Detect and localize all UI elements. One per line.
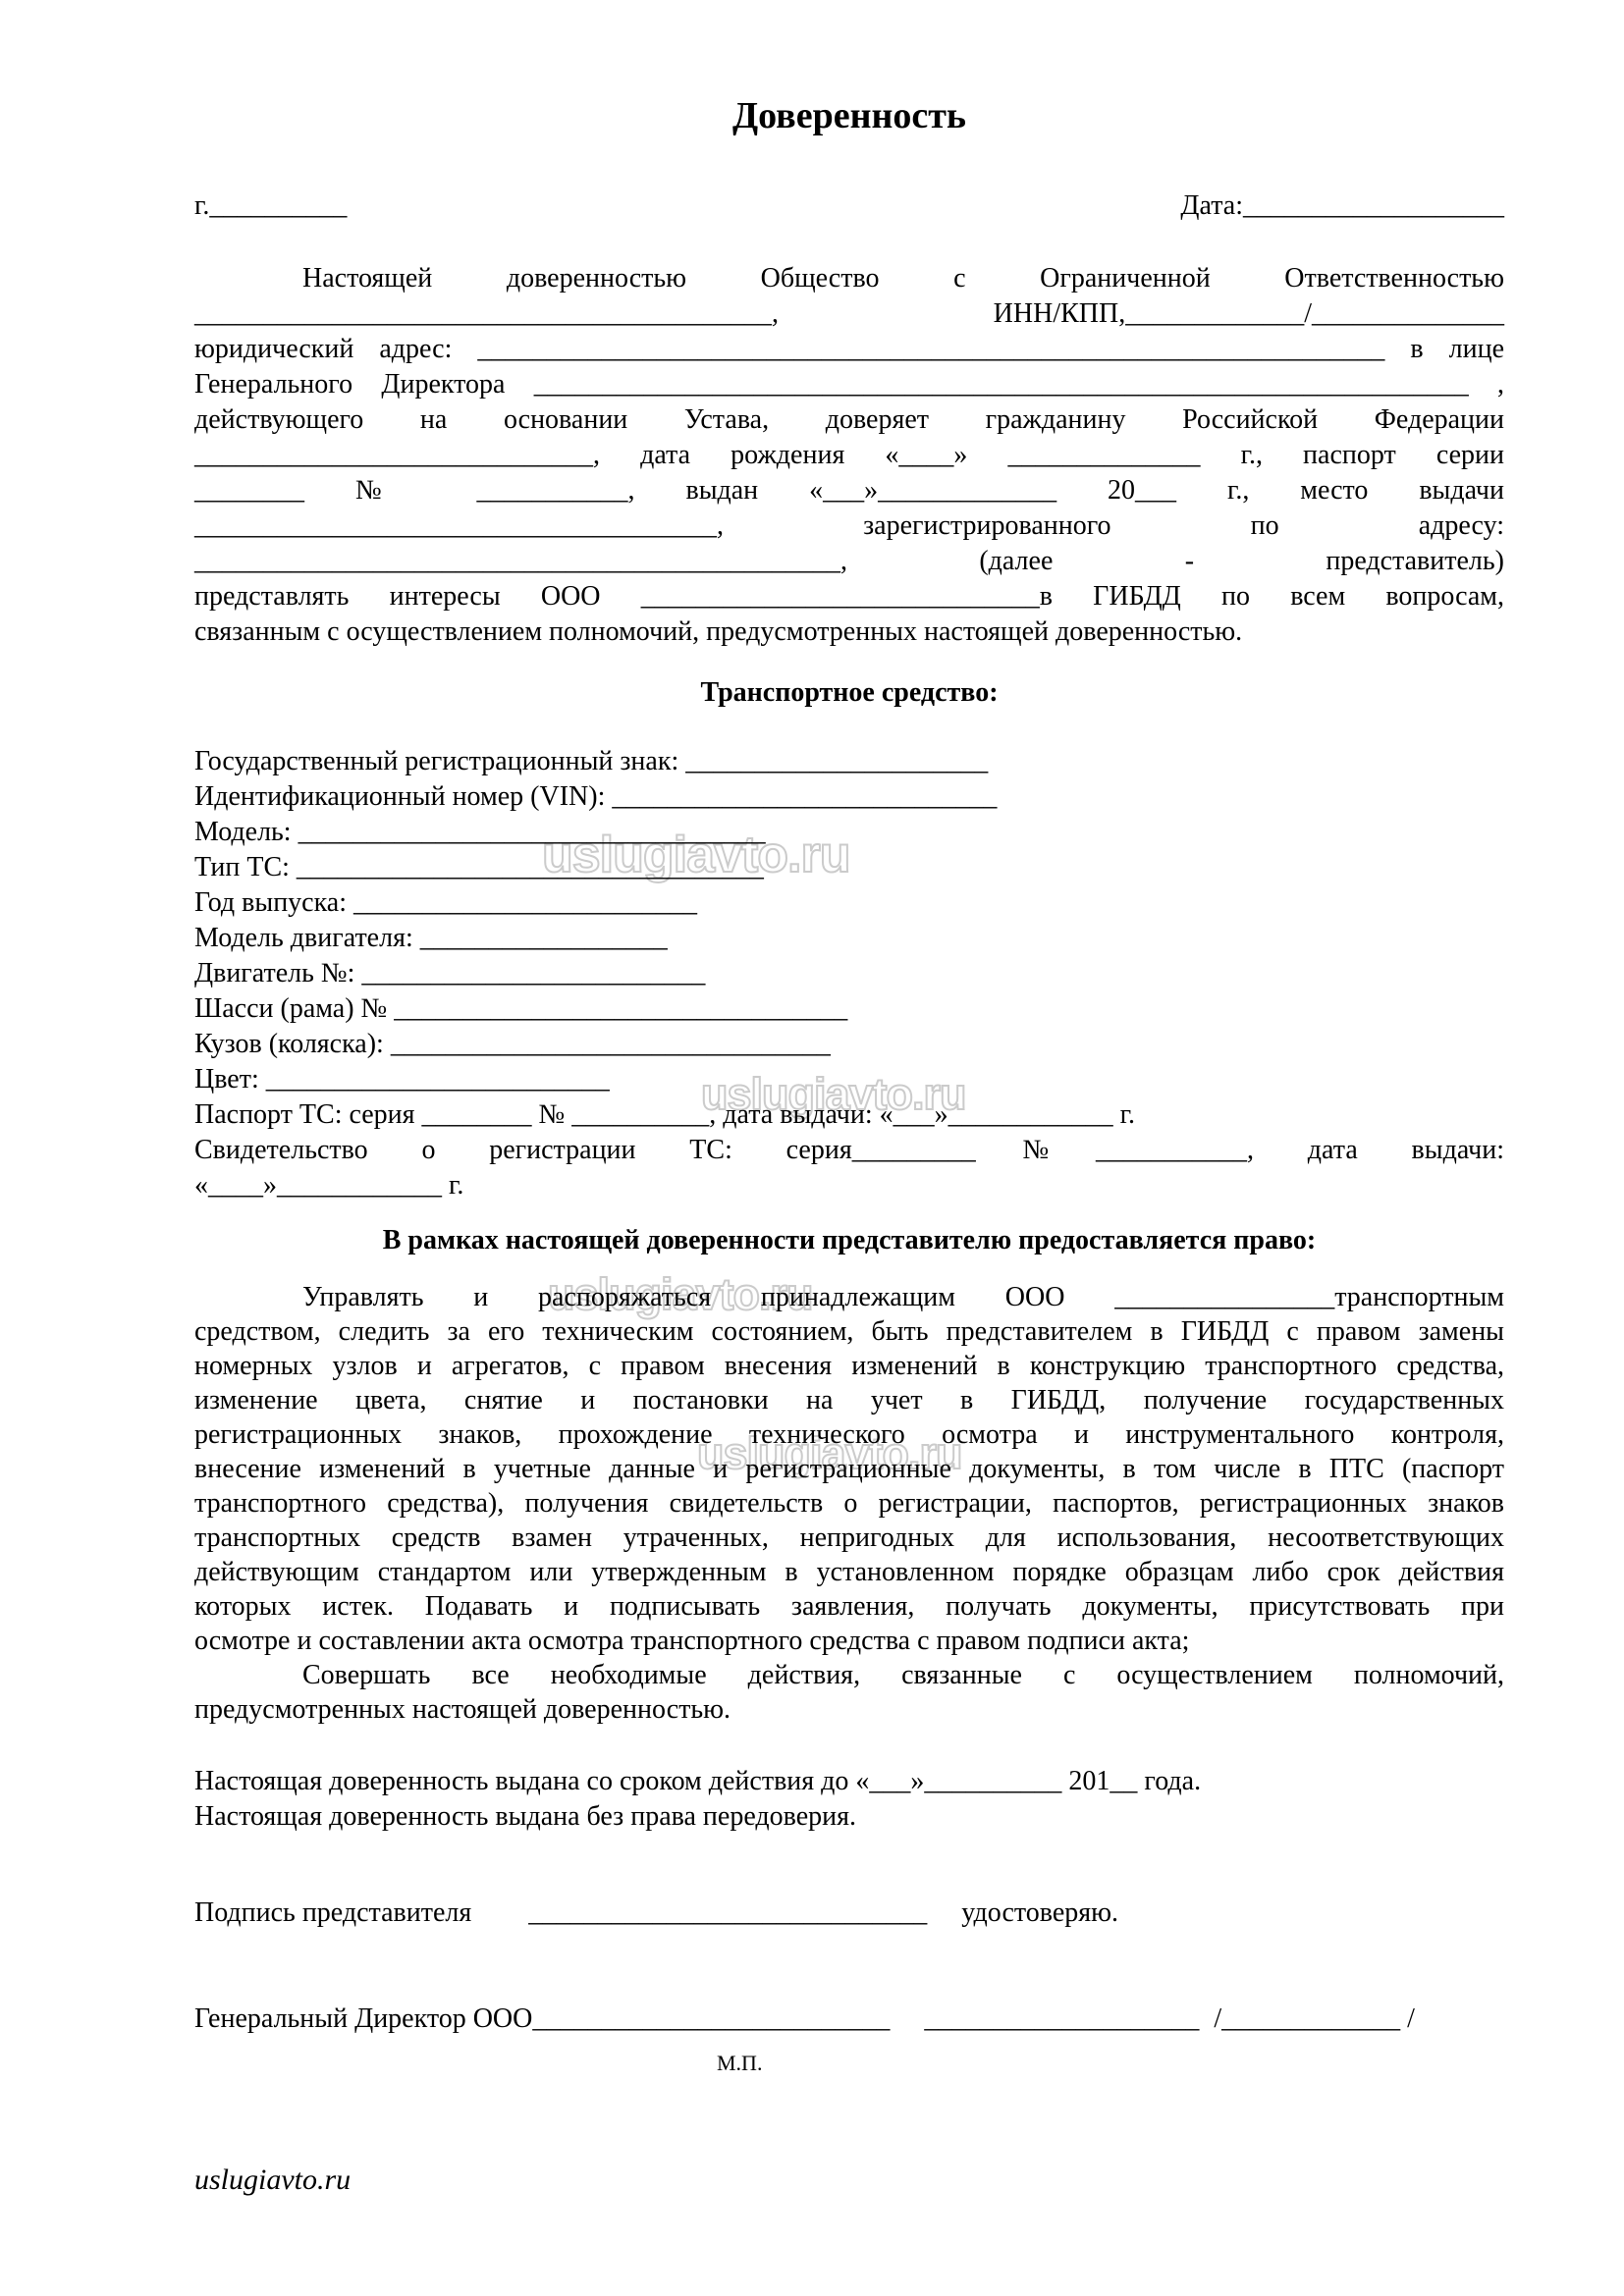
rights-line: Управлять и распоряжаться принадлежащим … [194, 1280, 1504, 1314]
vehicle-field-line: Двигатель №: _________________________ [194, 956, 1504, 991]
rights-section-heading: В рамках настоящей доверенности представ… [194, 1223, 1504, 1258]
intro-line: Генерального Директора _________________… [194, 367, 1504, 402]
director-label: Генеральный Директор ООО [194, 2003, 532, 2034]
rights-line: средством, следить за его техническим со… [194, 1314, 1504, 1349]
vehicle-field-line: Кузов (коляска): _______________________… [194, 1027, 1504, 1062]
date-label: Дата: [1180, 190, 1243, 221]
vehicle-field-line: Шасси (рама) № _________________________… [194, 991, 1504, 1027]
rights-line: транспортных средств взамен утраченных, … [194, 1521, 1504, 1555]
validity-block: Настоящая доверенность выдана со сроком … [194, 1764, 1504, 1835]
document-content: Доверенность г.__________ Дата:_________… [0, 94, 1624, 2198]
rights-line: которых истек. Подавать и подписывать за… [194, 1589, 1504, 1624]
intro-line: Настоящей доверенностью Общество с Огран… [194, 261, 1504, 296]
signature-certify-label: удостоверяю. [961, 1897, 1118, 1928]
city-field: г.__________ [194, 188, 347, 224]
director-signature-blank-line: ____________________ [924, 2003, 1199, 2034]
footer-site-name: uslugiavto.ru [194, 2163, 1504, 2198]
closing-paragraph: Совершать все необходимые действия, связ… [194, 1658, 1504, 1727]
stamp-place-label: М.П. [194, 2051, 1504, 2076]
intro-line: представлять интересы ООО ______________… [194, 579, 1504, 614]
validity-no-delegation-line: Настоящая доверенность выдана без права … [194, 1799, 1504, 1835]
vehicle-sts-line-2: «____»____________ г. [194, 1168, 1504, 1203]
closing-line: Совершать все необходимые действия, связ… [194, 1658, 1504, 1692]
vehicle-section-heading: Транспортное средство: [194, 675, 1504, 711]
rights-line: транспортного средства), получения свиде… [194, 1486, 1504, 1521]
vehicle-field-line: Год выпуска: _________________________ [194, 885, 1504, 921]
rights-line: действующим стандартом или утвержденным … [194, 1555, 1504, 1589]
rights-line: регистрационных знаков, прохождение техн… [194, 1417, 1504, 1452]
intro-paragraph: Настоящей доверенностью Общество с Огран… [194, 261, 1504, 650]
rights-line: изменение цвета, снятие и постановки на … [194, 1383, 1504, 1417]
rights-paragraph: Управлять и распоряжаться принадлежащим … [194, 1280, 1504, 1658]
director-name-blank-line: /_____________ / [1214, 2003, 1415, 2034]
intro-line: ______________________________________, … [194, 508, 1504, 544]
intro-line: _____________________________, дата рожд… [194, 438, 1504, 473]
date-blank-line: ___________________ [1243, 190, 1504, 221]
director-signature-row: Генеральный Директор ООО________________… [194, 2002, 1504, 2037]
vehicle-sts-line: Свидетельство о регистрации ТС: серия___… [194, 1133, 1504, 1168]
date-field: Дата:___________________ [1180, 188, 1504, 224]
vehicle-fields-list: Государственный регистрационный знак: __… [194, 744, 1504, 1133]
closing-line: предусмотренных настоящей доверенностью. [194, 1692, 1504, 1727]
vehicle-field-line: Модель: ________________________________… [194, 815, 1504, 850]
vehicle-field-line: Модель двигателя: __________________ [194, 921, 1504, 956]
intro-line: ________ № ___________, выдан «___»_____… [194, 473, 1504, 508]
intro-line: действующего на основании Устава, доверя… [194, 402, 1504, 438]
city-blank-line: __________ [209, 190, 347, 221]
rights-line: внесение изменений в учетные данные и ре… [194, 1452, 1504, 1486]
intro-line: ________________________________________… [194, 544, 1504, 579]
representative-signature-row: Подпись представителя___________________… [194, 1896, 1504, 1931]
city-date-row: г.__________ Дата:___________________ [194, 188, 1504, 224]
vehicle-field-line: Паспорт ТС: серия ________ № __________,… [194, 1097, 1504, 1133]
vehicle-field-line: Государственный регистрационный знак: __… [194, 744, 1504, 779]
intro-line: ________________________________________… [194, 296, 1504, 332]
vehicle-field-line: Тип ТС: ________________________________… [194, 850, 1504, 885]
vehicle-field-line: Идентификационный номер (VIN): _________… [194, 779, 1504, 815]
signature-blank-line: _____________________________ [528, 1897, 927, 1928]
intro-line: связанным с осуществлением полномочий, п… [194, 614, 1504, 650]
intro-line: юридический адрес: _____________________… [194, 332, 1504, 367]
city-label: г. [194, 190, 209, 221]
rights-line: номерных узлов и агрегатов, с правом вне… [194, 1349, 1504, 1383]
signature-label: Подпись представителя [194, 1897, 471, 1928]
document-page: uslugiavto.ru uslugiavto.ru uslugiavto.r… [0, 0, 1624, 2296]
rights-line: осмотре и составлении акта осмотра транс… [194, 1624, 1504, 1658]
validity-term-line: Настоящая доверенность выдана со сроком … [194, 1764, 1504, 1799]
vehicle-field-line: Цвет: _________________________ [194, 1062, 1504, 1097]
document-title: Доверенность [194, 94, 1504, 137]
director-company-blank-line: __________________________ [532, 2003, 890, 2034]
